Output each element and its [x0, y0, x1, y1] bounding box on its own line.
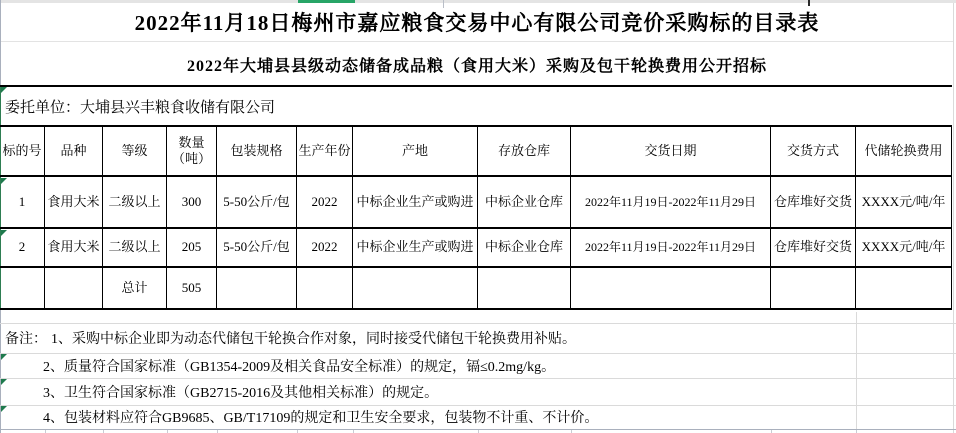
table-cell[interactable]: 5-50公斤/包	[217, 229, 297, 268]
table-cell-empty[interactable]	[353, 268, 478, 310]
table-cell[interactable]: 1	[0, 177, 45, 229]
cell-error-triangle-icon	[1, 406, 7, 412]
cell-error-triangle-icon	[1, 379, 7, 385]
table-header-row: 标的号 品种 等级 数量（吨） 包装规格 生产年份 产地 存放仓库 交货日期 交…	[0, 127, 952, 177]
table-cell[interactable]: 2022年11月19日-2022年11月29日	[571, 177, 771, 229]
table-cell[interactable]: 二级以上	[103, 177, 167, 229]
note-text: 2、质量符合国家标准（GB1354-2009及相关食品安全标准）的规定，镉≤0.…	[43, 356, 555, 376]
table-cell-empty[interactable]	[856, 268, 952, 310]
table-cell[interactable]: 2022	[297, 229, 353, 268]
table-cell-empty[interactable]	[217, 268, 297, 310]
table-cell[interactable]: 5-50公斤/包	[217, 177, 297, 229]
header-lot-number[interactable]: 标的号	[0, 127, 45, 177]
table-cell[interactable]: 中标企业仓库	[478, 229, 571, 268]
cell-error-triangle-icon	[1, 178, 7, 184]
table-row: 1 食用大米 二级以上 300 5-50公斤/包 2022 中标企业生产或购进 …	[0, 177, 952, 229]
header-quantity-tons[interactable]: 数量（吨）	[167, 127, 217, 177]
header-storage-rotation-fee[interactable]: 代储轮换费用	[856, 127, 952, 177]
table-row: 2 食用大米 二级以上 205 5-50公斤/包 2022 中标企业生产或购进 …	[0, 229, 952, 268]
spreadsheet-view: 2022年11月18日梅州市嘉应粮食交易中心有限公司竞价采购标的目录表 2022…	[0, 0, 956, 433]
table-cell-empty[interactable]	[771, 268, 856, 310]
table-cell[interactable]: 二级以上	[103, 229, 167, 268]
table-cell[interactable]: 中标企业生产或购进	[353, 229, 478, 268]
note-row[interactable]: 4、包装材料应符合GB9685、GB/T17109的规定和卫生安全要求，包装物不…	[0, 405, 956, 428]
total-label-cell[interactable]: 总计	[103, 268, 167, 310]
table-total-row: 总计 505	[0, 268, 952, 310]
header-origin[interactable]: 产地	[353, 127, 478, 177]
cell-error-triangle-icon	[1, 354, 7, 360]
note-text: 1、采购中标企业即为动态代储包干轮换合作对象，同时接受代储包干轮换费用补贴。	[51, 328, 576, 348]
table-cell[interactable]: 2022年11月19日-2022年11月29日	[571, 229, 771, 268]
table-cell[interactable]: 食用大米	[45, 177, 103, 229]
procurement-table: 标的号 品种 等级 数量（吨） 包装规格 生产年份 产地 存放仓库 交货日期 交…	[0, 127, 952, 310]
table-cell-empty[interactable]	[45, 268, 103, 310]
header-delivery-method[interactable]: 交货方式	[771, 127, 856, 177]
table-cell[interactable]: 食用大米	[45, 229, 103, 268]
notes-label: 备注：	[0, 328, 47, 348]
cell-error-triangle-icon	[1, 230, 7, 236]
header-grade[interactable]: 等级	[103, 127, 167, 177]
table-cell[interactable]: 300	[167, 177, 217, 229]
table-cell[interactable]: XXXX元/吨/年	[856, 177, 952, 229]
page-title[interactable]: 2022年11月18日梅州市嘉应粮食交易中心有限公司竞价采购标的目录表	[1, 3, 953, 42]
page-subtitle[interactable]: 2022年大埔县县级动态储备成品粮（食用大米）采购及包干轮换费用公开招标	[1, 43, 953, 85]
note-text: 3、卫生符合国家标准（GB2715-2016及其他相关标准）的规定。	[43, 382, 438, 402]
header-production-year[interactable]: 生产年份	[297, 127, 353, 177]
note-row[interactable]: 2、质量符合国家标准（GB1354-2009及相关食品安全标准）的规定，镉≤0.…	[0, 353, 956, 378]
table-cell[interactable]: 205	[167, 229, 217, 268]
header-packaging-spec[interactable]: 包装规格	[217, 127, 297, 177]
cell-error-triangle-icon	[1, 87, 7, 93]
table-cell[interactable]: 中标企业生产或购进	[353, 177, 478, 229]
header-delivery-date[interactable]: 交货日期	[571, 127, 771, 177]
table-cell[interactable]: 仓库堆好交货	[771, 229, 856, 268]
header-variety[interactable]: 品种	[45, 127, 103, 177]
header-storage-warehouse[interactable]: 存放仓库	[478, 127, 571, 177]
table-cell-empty[interactable]	[0, 268, 45, 310]
table-cell-empty[interactable]	[478, 268, 571, 310]
table-cell-empty[interactable]	[571, 268, 771, 310]
table-cell[interactable]: 中标企业仓库	[478, 177, 571, 229]
total-value-cell[interactable]: 505	[167, 268, 217, 310]
note-row[interactable]: 3、卫生符合国家标准（GB2715-2016及其他相关标准）的规定。	[0, 378, 956, 405]
note-row[interactable]: 备注： 1、采购中标企业即为动态代储包干轮换合作对象，同时接受代储包干轮换费用补…	[0, 323, 950, 353]
table-cell[interactable]: XXXX元/吨/年	[856, 229, 952, 268]
table-cell[interactable]: 仓库堆好交货	[771, 177, 856, 229]
table-cell-empty[interactable]	[297, 268, 353, 310]
client-unit-cell[interactable]: 委托单位：大埔县兴丰粮食收储有限公司	[0, 85, 952, 127]
table-cell[interactable]: 2022	[297, 177, 353, 229]
note-text: 4、包装材料应符合GB9685、GB/T17109的规定和卫生安全要求，包装物不…	[43, 407, 598, 427]
